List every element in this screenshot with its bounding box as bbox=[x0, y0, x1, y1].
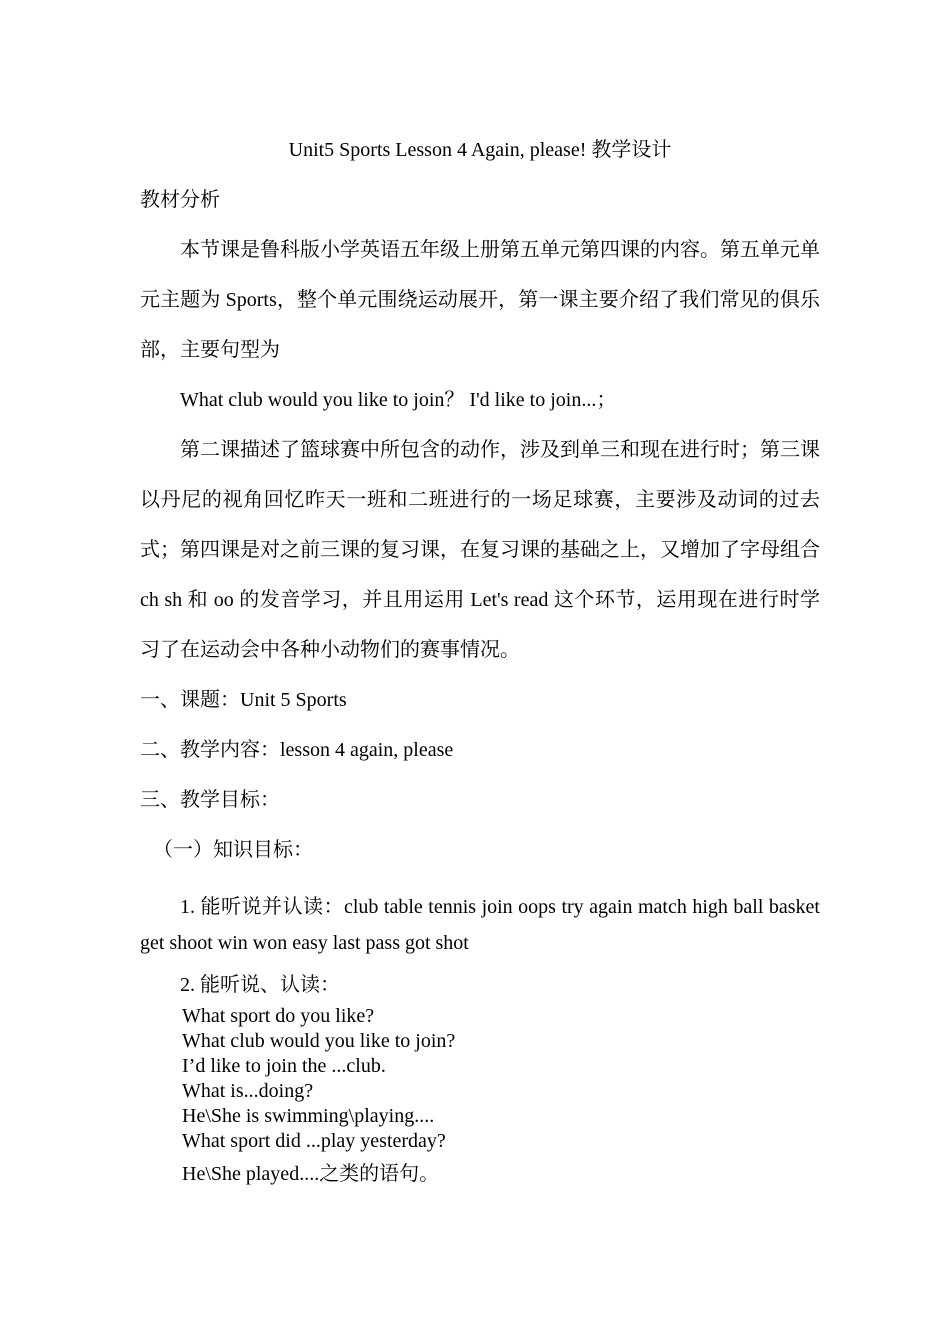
topic-label: 一、课题： bbox=[140, 689, 240, 711]
sentence-item: What is...doing? bbox=[182, 1079, 820, 1104]
sentence-item: What club would you like to join? bbox=[182, 1029, 820, 1054]
para-goal-listen-read-words: 1. 能听说并认读：club table tennis join oops tr… bbox=[140, 889, 820, 961]
para-example-sentence: What club would you like to join？ I'd li… bbox=[140, 375, 820, 425]
topic-value: Unit 5 Sports bbox=[240, 689, 347, 711]
para-lessons-overview: 第二课描述了篮球赛中所包含的动作，涉及到单三和现在进行时；第三课以丹尼的视角回忆… bbox=[140, 425, 820, 675]
document-title: Unit5 Sports Lesson 4 Again, please! 教学设… bbox=[140, 125, 820, 175]
para-closing: He\She played....之类的语句。 bbox=[182, 1162, 820, 1187]
para-unit-intro: 本节课是鲁科版小学英语五年级上册第五单元第四课的内容。第五单元单元主题为 Spo… bbox=[140, 225, 820, 375]
teaching-content-value: lesson 4 again, please bbox=[280, 739, 453, 761]
heading-knowledge-goals: （一）知识目标： bbox=[140, 825, 820, 875]
sentence-item: He\She is swimming\playing.... bbox=[182, 1104, 820, 1129]
heading-material-analysis: 教材分析 bbox=[140, 175, 820, 225]
teaching-content-label: 二、教学内容： bbox=[140, 739, 280, 761]
line-topic: 一、课题：Unit 5 Sports bbox=[140, 675, 820, 725]
sentence-item: What sport do you like? bbox=[182, 1004, 820, 1029]
line-teaching-content: 二、教学内容：lesson 4 again, please bbox=[140, 725, 820, 775]
sentence-item: I’d like to join the ...club. bbox=[182, 1054, 820, 1079]
heading-teaching-goals: 三、教学目标： bbox=[140, 775, 820, 825]
sentence-list: What sport do you like? What club would … bbox=[182, 1004, 820, 1154]
sentence-item: What sport did ...play yesterday? bbox=[182, 1129, 820, 1154]
document-page: Unit5 Sports Lesson 4 Again, please! 教学设… bbox=[0, 0, 950, 1344]
para-goal-listen-read-sentences: 2. 能听说、认读： bbox=[140, 967, 820, 1003]
